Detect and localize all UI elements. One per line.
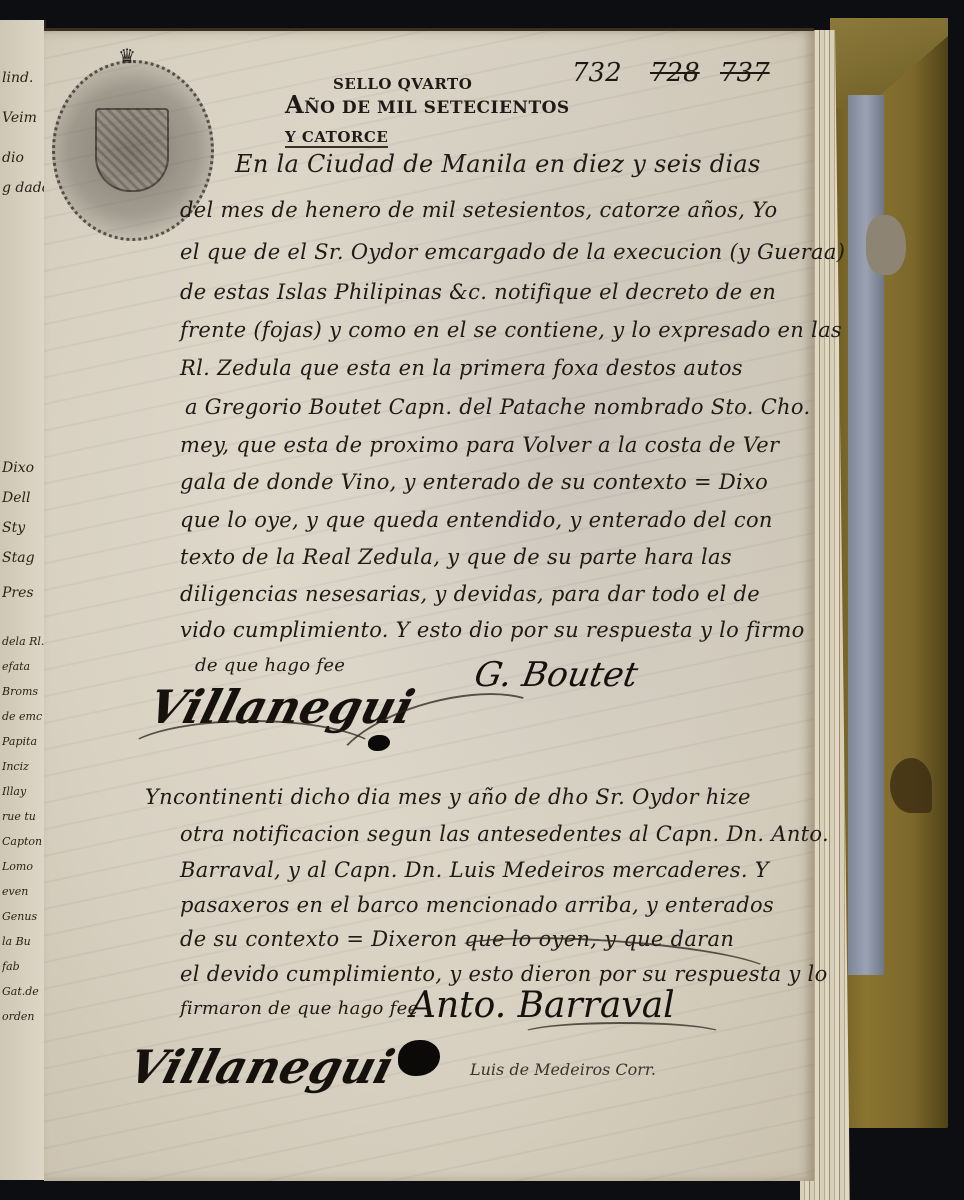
manuscript-line: del mes de henero de mil setesientos, ca… (180, 198, 777, 222)
cover-stain (890, 758, 932, 813)
left-fragment: Broms (2, 685, 44, 698)
signature-flourish (520, 1022, 724, 1046)
manuscript-line: el que de el Sr. Oydor emcargado de la e… (180, 240, 845, 264)
left-fragment: Papita (2, 735, 44, 748)
signature-villanegui-2: Villanegui (123, 1040, 400, 1094)
manuscript-line: vido cumplimiento. Y esto dio por su res… (180, 618, 805, 642)
manuscript-line: En la Ciudad de Manila en diez y seis di… (235, 150, 761, 178)
left-fragment: even (2, 885, 44, 898)
left-fragment: Pres (2, 585, 44, 601)
manuscript-line: Barraval, y al Capn. Dn. Luis Medeiros m… (180, 858, 769, 882)
manuscript-line: Yncontinenti dicho dia mes y año de dho … (145, 785, 751, 809)
folio-number-current: 732 (572, 58, 622, 88)
left-fragment: dela Rl. (2, 635, 44, 648)
paper-tab (866, 215, 906, 275)
left-fragment: orden (2, 1010, 44, 1023)
left-fragment: Veim (2, 110, 44, 126)
manuscript-line: pasaxeros en el barco mencionado arriba,… (180, 893, 774, 917)
manuscript-line: gala de donde Vino, y enterado de su con… (180, 470, 768, 494)
left-fragment: Inciz (2, 760, 44, 773)
signature-barraval: Anto. Barraval (410, 985, 675, 1026)
manuscript-line: Rl. Zedula que esta en la primera foxa d… (180, 356, 743, 380)
left-fragment: Stag (2, 550, 44, 566)
left-fragment: Dell (2, 490, 44, 506)
left-fragment: lind. (2, 70, 44, 86)
left-fragment: de emc (2, 710, 44, 723)
left-fragment: efata (2, 660, 44, 673)
left-fragment: la Bu (2, 935, 44, 948)
manuscript-line: diligencias nesesarias, y devidas, para … (180, 582, 760, 606)
signature-boutet: G. Boutet (471, 655, 640, 695)
left-fragment: Illay (2, 785, 44, 798)
folio-number-struck: 728 (650, 58, 700, 88)
crown-icon: ♛ (118, 44, 136, 68)
manuscript-line: firmaron de que hago fee (180, 998, 419, 1019)
left-fragment: Gat.de (2, 985, 44, 998)
left-fragment: g dado (2, 180, 44, 196)
manuscript-line: otra notificacion segun las antesedentes… (180, 822, 829, 846)
left-fragment: dio (2, 150, 44, 166)
signature-medeiros: Luis de Medeiros Corr. (470, 1060, 656, 1079)
stamp-line-3: Y CATORCE (285, 128, 388, 148)
manuscript-line: texto de la Real Zedula, y que de su par… (180, 545, 732, 569)
manuscript-line: de estas Islas Philipinas &c. notifique … (180, 280, 776, 304)
manuscript-line: a Gregorio Boutet Capn. del Patache nomb… (185, 395, 810, 419)
left-fragment: Sty (2, 520, 44, 536)
manuscript-line: de que hago fee (195, 655, 345, 676)
folio-number-struck: 737 (720, 58, 770, 88)
left-fragment: Dixo (2, 460, 44, 476)
stamp-line-2-text: ÑO DE MIL SETECIENTOS (304, 98, 570, 118)
left-fragment: rue tu (2, 810, 44, 823)
stamp-line-2: AÑO DE MIL SETECIENTOS (285, 90, 570, 119)
manuscript-line: frente (fojas) y como en el se contiene,… (180, 318, 842, 342)
left-fragment: fab (2, 960, 44, 973)
left-fragment: Capton (2, 835, 44, 848)
left-page-fragment: lind. Veim dio g dado Dixo Dell Sty Stag… (0, 20, 46, 1180)
manuscript-line: mey, que esta de proximo para Volver a l… (180, 433, 779, 457)
stamp-initial: A (285, 90, 304, 119)
left-fragment: Lomo (2, 860, 44, 873)
coat-of-arms-shield-icon (95, 108, 169, 192)
manuscript-line: que lo oye, y que queda entendido, y ent… (180, 508, 773, 532)
left-fragment: Genus (2, 910, 44, 923)
